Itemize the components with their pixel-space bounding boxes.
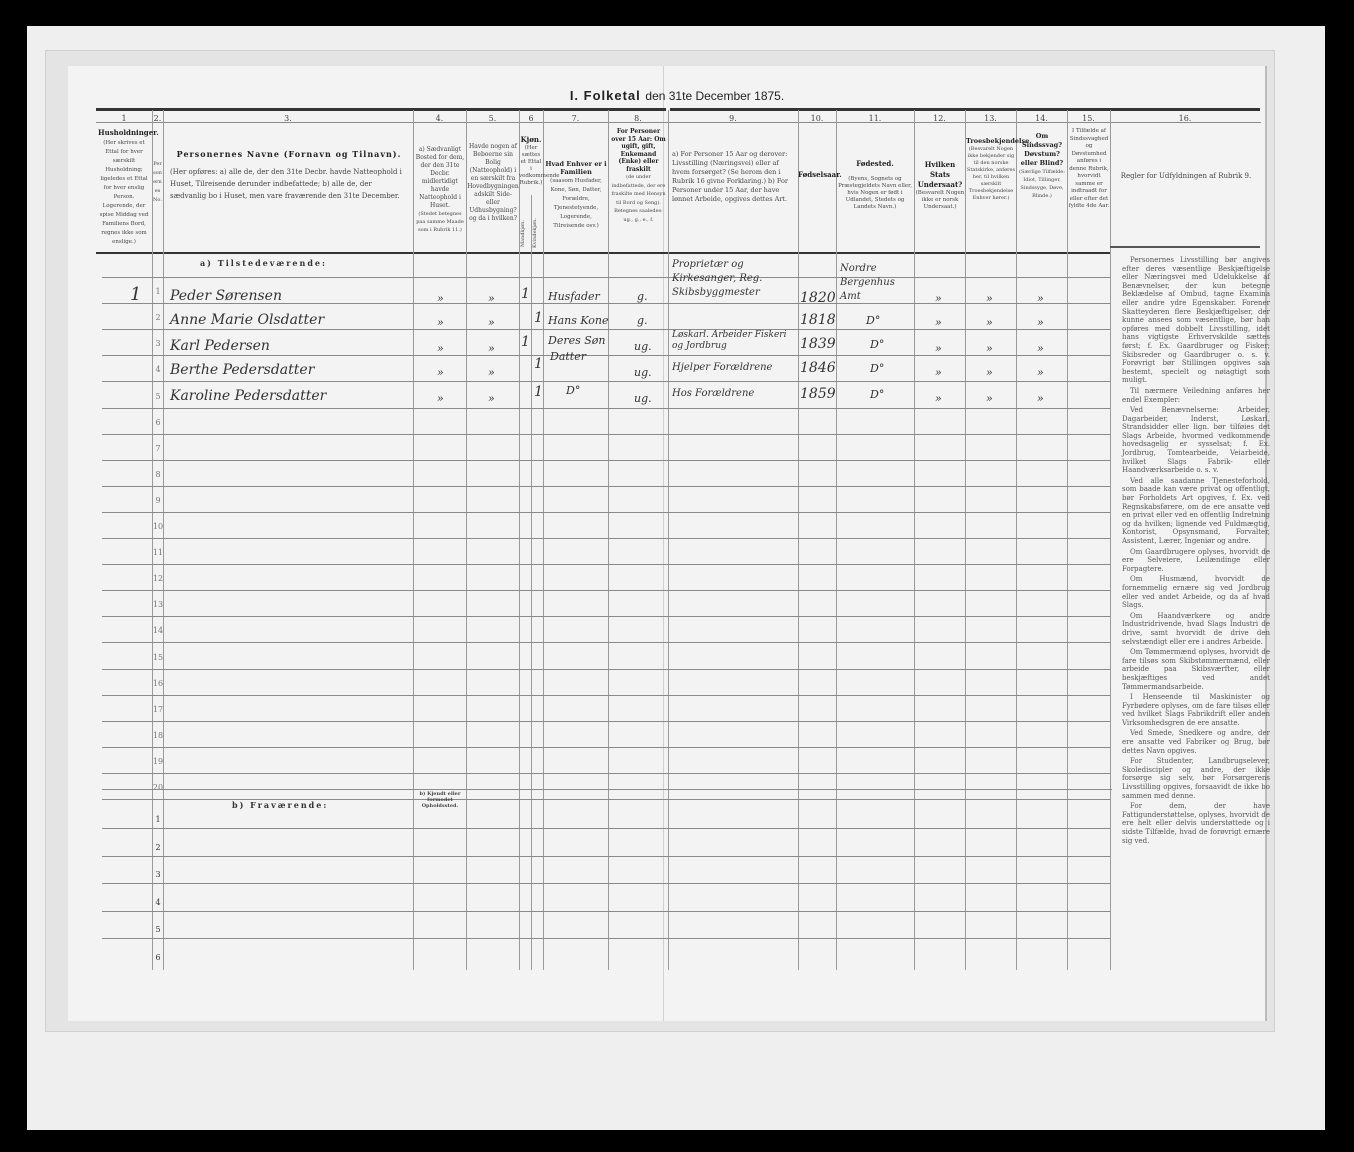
row-rule (102, 538, 1110, 539)
col12-value: » (935, 316, 942, 329)
family-role: Datter (550, 350, 586, 363)
colnum-7: 7. (543, 114, 608, 123)
header-sex-female: Kvindekjøn. (531, 220, 543, 248)
rules-paragraph: Til nærmere Veiledning anføres her endel… (1122, 387, 1270, 404)
birth-year: 1846 (800, 360, 836, 376)
row-number: 4 (151, 365, 165, 374)
col12-value: » (935, 292, 942, 305)
absent-row-number: 1 (151, 815, 165, 824)
absent-row-rule (102, 828, 1110, 829)
row-rule (102, 460, 1110, 461)
col4-value: » (437, 366, 444, 379)
rules-paragraph: Personernes Livsstilling bør angives eft… (1122, 256, 1270, 385)
row-number: 15 (151, 653, 165, 662)
rules-paragraph: Om Haandværkere og andre Industridrivend… (1122, 612, 1270, 646)
col-divider (163, 110, 164, 970)
absent-location-header: b) Kjendt eller formodet Opholdssted. (414, 791, 466, 809)
occupation: Hjelper Forældrene (672, 362, 772, 373)
header-rules: Regler for Udfyldningen af Rubrik 9. (1112, 168, 1260, 184)
colnum-10: 10. (798, 114, 836, 123)
header-label: Husholdninger. (98, 128, 159, 137)
col-divider (668, 110, 669, 970)
header-family-role: Hvad Enhver er i Familien (saasom Husfad… (544, 160, 608, 230)
birthplace: D° (870, 362, 884, 375)
col-divider (914, 110, 915, 970)
col5-value: » (488, 292, 495, 305)
header-note: (Besvarelt Nogen ikke bekjender sig til … (967, 146, 1015, 201)
household-mark: 1 (130, 284, 141, 305)
family-role: Deres Søn (548, 334, 605, 347)
header-birth-year: Fødselsaar. (798, 170, 836, 180)
row-number: 6 (151, 418, 165, 427)
rules-instructions: Personernes Livsstilling bør angives eft… (1122, 256, 1270, 845)
family-role: Hans Kone (548, 314, 609, 327)
header-note: (Byens, Sognets og Præstegjeldets Navn e… (838, 176, 912, 210)
col-divider (466, 110, 467, 970)
colnum-14: 14. (1016, 114, 1067, 123)
header-sex-male: Mandkjøn. (519, 220, 531, 248)
col13-value: » (986, 316, 993, 329)
person-name: Karoline Pedersdatter (170, 388, 326, 404)
header-person-no: Personernes No. (152, 160, 163, 205)
row-rule (102, 747, 1110, 748)
col4-value: » (437, 316, 444, 329)
row-rule (102, 486, 1110, 487)
header-label: Regler for Udfyldningen af Rubrik 9. (1121, 172, 1251, 180)
row-rule (102, 669, 1110, 670)
col-divider (1110, 110, 1111, 970)
header-bottom-rule (96, 252, 1110, 254)
colnum-1: 1 (96, 114, 152, 123)
sex-male-mark: 1 (521, 286, 530, 302)
col5-value: » (488, 342, 495, 355)
absent-row-number: 6 (151, 953, 165, 962)
birth-year: 1839 (800, 336, 836, 352)
colnum-2: 2. (152, 114, 163, 123)
birthplace: Nordre Bergenhus Amt (840, 262, 912, 304)
absent-row-rule (102, 911, 1110, 912)
sex-female-mark: 1 (534, 310, 543, 326)
header-outbuilding: Havde nogen af Beboerne sin Bolig (Natte… (467, 143, 519, 223)
header-names: Personernes Navne (Fornavn og Tilnavn). … (170, 150, 408, 202)
row-rule (102, 616, 1110, 617)
person-name: Berthe Pedersdatter (170, 362, 314, 378)
header-occupation: a) For Personer 15 Aar og derover: Livss… (672, 150, 794, 204)
col5-value: » (488, 392, 495, 405)
birth-year: 1818 (800, 312, 836, 328)
col4-value: » (437, 342, 444, 355)
person-name: Peder Sørensen (170, 288, 282, 304)
row-number: 12 (151, 574, 165, 583)
marital-status: g. (637, 290, 648, 303)
header-label: For Personer over 15 Aar: Om ugift, gift… (611, 128, 666, 173)
rules-paragraph: Ved alle saadanne Tjenesteforhold, som b… (1122, 477, 1270, 546)
colnum-3: 3. (163, 114, 413, 123)
row-rule (102, 642, 1110, 643)
occupation: Proprietær og Kirkesanger, Reg. Skibsbyg… (672, 258, 796, 300)
header-label: Fødested. (856, 159, 894, 168)
absent-row-rule (102, 938, 1110, 939)
person-name: Karl Pedersen (170, 338, 270, 354)
col-divider (965, 110, 966, 970)
col12-value: » (935, 366, 942, 379)
col-divider (1016, 110, 1017, 970)
col12-value: » (935, 392, 942, 405)
colnum-6: 6 (519, 114, 543, 123)
colnum-9: 9. (668, 114, 798, 123)
col13-value: » (986, 342, 993, 355)
page-title: I. Folketal den 31te December 1875. (0, 88, 1354, 103)
row-rule (102, 408, 1110, 409)
row-rule (102, 381, 1110, 382)
absent-row-number: 2 (151, 843, 165, 852)
col13-value: » (986, 366, 993, 379)
rules-paragraph: Om Tømmermænd oplyses, hvorvidt de fare … (1122, 648, 1270, 691)
header-note: (Stedet betegnes paa samme Maade som i R… (416, 211, 464, 233)
header-note: (Besvarelt Nogen ikke er norsk Undersaat… (916, 190, 965, 210)
colnum-5: 5. (466, 114, 519, 123)
col-divider (531, 195, 532, 970)
row-rule (102, 434, 1110, 435)
title-sub: den 31te December 1875. (645, 89, 784, 103)
header-note: (Særlige Tilfælde: Idiot, Tillinger, Sin… (1019, 169, 1065, 199)
absent-row-number: 5 (151, 925, 165, 934)
row-rule (102, 512, 1110, 513)
row-number: 17 (151, 705, 165, 714)
colnum-8: 8. (608, 114, 668, 123)
colnum-15: 15. (1067, 114, 1110, 123)
top-rule-left (96, 108, 666, 111)
header-label: Havde nogen af Beboerne sin Bolig (Natte… (467, 143, 519, 222)
row-number: 14 (151, 626, 165, 635)
row-rule (102, 564, 1110, 565)
row-rule (102, 590, 1110, 591)
header-birthplace: Fødested. (Byens, Sognets og Præstegjeld… (838, 160, 912, 211)
family-role: Husfader (548, 290, 600, 303)
rules-paragraph: Ved Benævnelserne: Arbeider, Dagarbeider… (1122, 406, 1270, 475)
row-number: 19 (151, 757, 165, 766)
col12-value: » (935, 342, 942, 355)
row-number: 18 (151, 731, 165, 740)
birthplace: D° (870, 388, 884, 401)
header-religion: Troesbekjendelse. (Besvarelt Nogen ikke … (966, 138, 1016, 202)
header-note: (de under indbefattede, der ere fraskilt… (611, 174, 665, 223)
colnum-16: 16. (1110, 114, 1260, 123)
row-number: 7 (151, 444, 165, 453)
col-divider (152, 110, 153, 970)
header-label: Mandkjøn. (520, 221, 526, 248)
row-number: 11 (151, 548, 165, 557)
colnum-4: 4. (413, 114, 466, 123)
row-number: 1 (151, 287, 165, 296)
col-divider (543, 110, 544, 970)
birth-year: 1820 (800, 290, 836, 306)
header-label: Om Sindssvag? Døvstum? eller Blind? (1021, 132, 1063, 167)
row-rule (102, 329, 1110, 330)
present-section-label: a) Tilstedeværende: (200, 258, 327, 268)
sex-female-mark: 1 (534, 384, 543, 400)
row-rule (102, 277, 1110, 278)
row-number: 5 (151, 392, 165, 401)
header-label: Kvindekjøn. (532, 218, 538, 248)
col14-value: » (1037, 366, 1044, 379)
rules-paragraph: For dem, der have Fattigunderstøttelse, … (1122, 802, 1270, 845)
header-marital-status: For Personer over 15 Aar: Om ugift, gift… (609, 128, 668, 224)
row-rule (102, 355, 1110, 356)
header-label: a) Sædvanligt Bosted for dem, der den 31… (416, 146, 464, 209)
title-main: I. Folketal (570, 88, 641, 103)
col4-value: » (437, 292, 444, 305)
col5-value: » (488, 316, 495, 329)
absent-row-number: 4 (151, 898, 165, 907)
birthplace: D° (870, 338, 884, 351)
row-number: 16 (151, 679, 165, 688)
row-rule (102, 695, 1110, 696)
colnum-11: 11. (836, 114, 914, 123)
family-role: D° (566, 384, 580, 397)
absent-row-rule (102, 856, 1110, 857)
row-number: 13 (151, 600, 165, 609)
marital-status: ug. (634, 340, 652, 353)
birthplace: D° (866, 314, 880, 327)
row-rule (102, 721, 1110, 722)
rules-paragraph: Om Husmænd, hvorvidt de fornemmelig ernæ… (1122, 575, 1270, 609)
person-name: Anne Marie Olsdatter (170, 312, 324, 328)
colnum-12: 12. (914, 114, 965, 123)
col-divider (413, 110, 414, 970)
row-number: 8 (151, 470, 165, 479)
header-note: (saasom Husfader, Kone, Søn, Datter, For… (550, 178, 602, 229)
absent-section-label: b) Fraværende: (232, 800, 328, 810)
header-note: (Her opføres: a) alle de, der den 31te D… (170, 166, 408, 202)
row-number: 10 (151, 522, 165, 531)
header-disability: Om Sindssvag? Døvstum? eller Blind? (Sær… (1017, 132, 1067, 200)
colnum-13: 13. (965, 114, 1016, 123)
header-onset: I Tilfælde af Sindssvaghed og Døvstumhed… (1068, 128, 1110, 211)
col13-value: » (986, 292, 993, 305)
header-label: a) For Personer 15 Aar og derover: Livss… (672, 150, 788, 203)
absent-row-number: 3 (151, 870, 165, 879)
rules-paragraph: For Studenter, Landbrugselever, Skoledis… (1122, 757, 1270, 800)
col14-value: » (1037, 316, 1044, 329)
sex-female-mark: 1 (534, 356, 543, 372)
birth-year: 1859 (800, 386, 836, 402)
col5-value: » (488, 366, 495, 379)
row-number: 2 (151, 313, 165, 322)
sex-male-mark: 1 (521, 334, 530, 350)
col-divider (1067, 110, 1068, 970)
rules-paragraph: Ved Smede, Snedkere og andre, der ere an… (1122, 729, 1270, 755)
header-households: Husholdninger. (Her skrives et Ettal for… (98, 128, 150, 246)
col14-value: » (1037, 392, 1044, 405)
header-note: (Her skrives et Ettal for hver særskilt … (100, 140, 149, 245)
marital-status: ug. (634, 366, 652, 379)
header-label: Fødselsaar. (798, 170, 842, 179)
header-usual-residence: a) Sædvanligt Bosted for dem, der den 31… (414, 146, 466, 234)
header-label: Hvad Enhver er i Familien (545, 160, 606, 176)
header-label: Personernes Navne (Fornavn og Tilnavn). (177, 149, 402, 159)
occupation: Hos Forældrene (672, 388, 754, 399)
absent-row-rule (102, 883, 1110, 884)
absent-section-rule (102, 789, 1112, 790)
col13-value: » (986, 392, 993, 405)
row-number: 9 (151, 496, 165, 505)
header-label: Kjøn. (521, 135, 542, 144)
col-divider (836, 110, 837, 970)
col-divider (608, 110, 609, 970)
header-citizenship: Hvilken Stats Undersaat? (Besvarelt Noge… (915, 160, 965, 211)
marital-status: g. (637, 314, 648, 327)
rules-paragraph: I Henseende til Maskinister og Fyrbødere… (1122, 693, 1270, 727)
header-sex: Kjøn. (Her sættes et Ettal i vedkommende… (519, 136, 543, 187)
header-label: Personernes No. (153, 161, 162, 203)
rules-header-rule (1110, 246, 1260, 248)
col14-value: » (1037, 292, 1044, 305)
row-number: 3 (151, 339, 165, 348)
col-divider (798, 110, 799, 970)
occupation: Løskarl. Arbeider Fiskeri og Jordbrug (672, 330, 796, 352)
row-number: 20 (151, 783, 165, 792)
marital-status: ug. (634, 392, 652, 405)
row-rule (102, 773, 1110, 774)
header-label: Hvilken Stats Undersaat? (918, 160, 963, 189)
col14-value: » (1037, 342, 1044, 355)
header-label: I Tilfælde af Sindssvaghed og Døvstumhed… (1069, 128, 1110, 209)
rules-paragraph: Om Gaardbrugere oplyses, hvorvidt de ere… (1122, 548, 1270, 574)
col4-value: » (437, 392, 444, 405)
